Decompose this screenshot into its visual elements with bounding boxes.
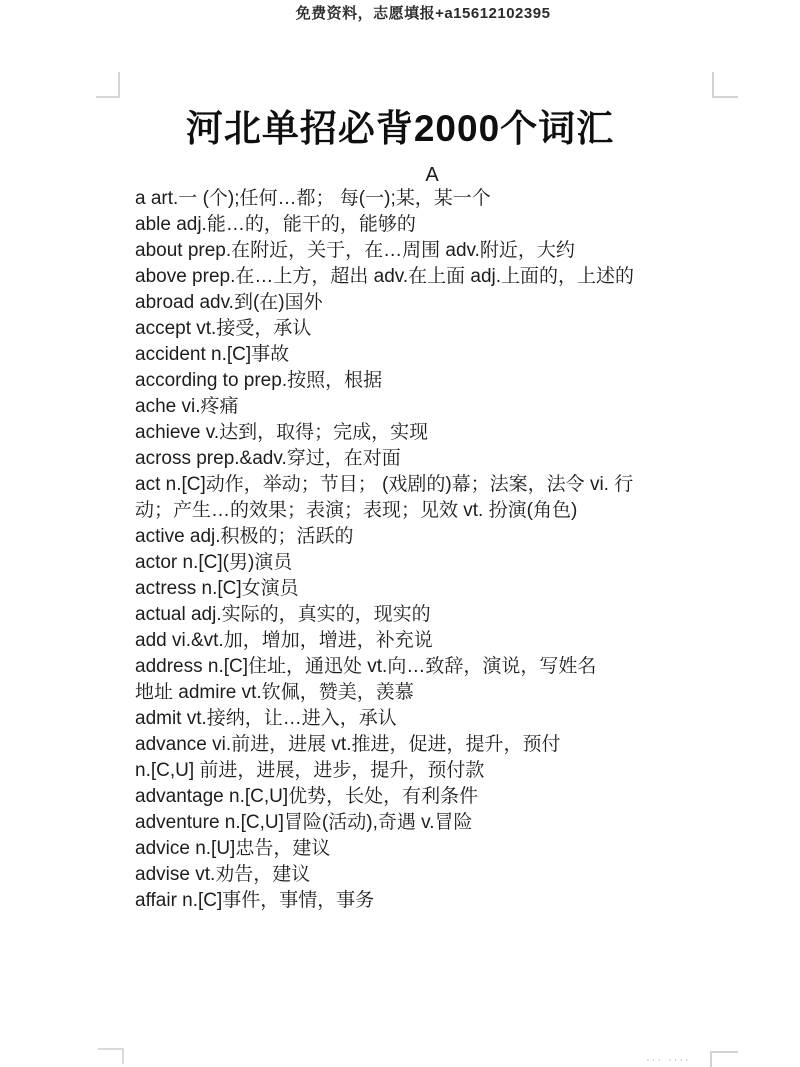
footer-fragment: ··· ···· — [646, 1054, 691, 1066]
vocab-line: actress n.[C]女演员 — [135, 576, 695, 602]
vocab-line: above prep.在…上方，超出 adv.在上面 adj.上面的，上述的 — [135, 264, 695, 290]
vocab-line: admit vt.接纳，让…进入，承认 — [135, 706, 695, 732]
vocab-line: ache vi.疼痛 — [135, 394, 695, 420]
vocab-line: actual adj.实际的，真实的，现实的 — [135, 602, 695, 628]
vocab-line: able adj.能…的，能干的，能够的 — [135, 212, 695, 238]
crop-mark-bottom-left — [98, 1048, 124, 1064]
vocab-line: actor n.[C](男)演员 — [135, 550, 695, 576]
vocab-line: 地址 admire vt.钦佩，赞美，羡慕 — [135, 680, 695, 706]
vocab-line: add vi.&vt.加，增加，增进，补充说 — [135, 628, 695, 654]
crop-mark-top-right — [712, 72, 738, 98]
vocab-line: address n.[C]住址，通迅处 vt.向…致辞，演说，写姓名 — [135, 654, 695, 680]
vocab-list: a art.一 (个);任何…都； 每(一);某，某一个able adj.能…的… — [135, 186, 695, 914]
vocab-line: advise vt.劝告，建议 — [135, 862, 695, 888]
vocab-line: achieve v.达到，取得；完成，实现 — [135, 420, 695, 446]
vocab-line: act n.[C]动作，举动；节目； (戏剧的)幕；法案，法令 vi. 行 — [135, 472, 695, 498]
vocab-line: advantage n.[C,U]优势，长处，有利条件 — [135, 784, 695, 810]
vocab-line: according to prep.按照，根据 — [135, 368, 695, 394]
document-page: 免费资料，志愿填报+a15612102395 河北单招必背2000个词汇 A a… — [0, 0, 800, 1067]
vocab-line: active adj.积极的；活跃的 — [135, 524, 695, 550]
vocab-line: advance vi.前进，进展 vt.推进，促进，提升，预付 — [135, 732, 695, 758]
vocab-line: abroad adv.到(在)国外 — [135, 290, 695, 316]
vocab-line: about prep.在附近，关于，在…周围 adv.附近，大约 — [135, 238, 695, 264]
vocab-line: advice n.[U]忠告，建议 — [135, 836, 695, 862]
vocab-line: a art.一 (个);任何…都； 每(一);某，某一个 — [135, 186, 695, 212]
vocab-line: affair n.[C]事件，事情，事务 — [135, 888, 695, 914]
section-letter: A — [32, 164, 800, 187]
vocab-line: across prep.&adv.穿过，在对面 — [135, 446, 695, 472]
vocab-line: adventure n.[C,U]冒险(活动),奇遇 v.冒险 — [135, 810, 695, 836]
vocab-line: 动；产生…的效果；表演；表现；见效 vt. 扮演(角色) — [135, 498, 695, 524]
vocab-line: n.[C,U] 前进，进展，进步，提升，预付款 — [135, 758, 695, 784]
page-title: 河北单招必背2000个词汇 — [0, 98, 800, 152]
crop-mark-bottom-right — [710, 1051, 738, 1067]
vocab-line: accept vt.接受，承认 — [135, 316, 695, 342]
top-banner: 免费资料，志愿填报+a15612102395 — [23, 2, 800, 23]
vocab-line: accident n.[C]事故 — [135, 342, 695, 368]
crop-mark-top-left — [96, 72, 120, 98]
